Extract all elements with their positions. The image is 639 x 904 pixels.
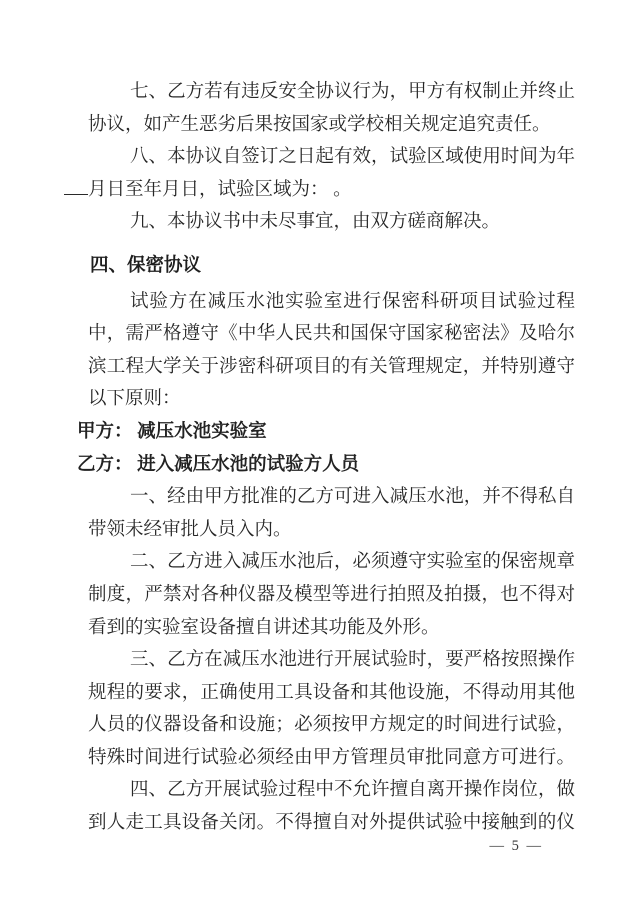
paragraph: 九、本协议书中未尽事宜，由双方磋商解决。 <box>88 206 575 239</box>
paragraph: 七、乙方若有违反安全协议行为，甲方有权制止并终止协议，如产生恶劣后果按国家或学校… <box>88 76 575 141</box>
text-line: 甲方： 减压水池实验室 <box>77 416 575 449</box>
blank-underline <box>64 194 88 195</box>
text-line: 中，需严格遵守《中华人民共和国保守国家秘密法》及哈尔 <box>88 318 575 351</box>
text-line: 九、本协议书中未尽事宜，由双方磋商解决。 <box>88 206 575 239</box>
party-lines: 甲方： 减压水池实验室乙方： 进入减压水池的试验方人员 <box>77 416 575 481</box>
text-line: 乙方： 进入减压水池的试验方人员 <box>77 449 575 482</box>
text-line: 看到的实验室设备擅自讲述其功能及外形。 <box>88 612 575 645</box>
text-line: 七、乙方若有违反安全协议行为，甲方有权制止并终止 <box>88 76 575 109</box>
paragraph: 八、本协议自签订之日起有效，试验区域使用时间为年月日至年月日，试验区域为： 。 <box>88 141 575 206</box>
text-line: 二、乙方进入减压水池后，必须遵守实验室的保密规章 <box>88 546 575 579</box>
text-line: 制度，严禁对各种仪器及模型等进行拍照及拍摄，也不得对 <box>88 579 575 612</box>
text-line: 规程的要求，正确使用工具设备和其他设施，不得动用其他 <box>88 677 575 710</box>
paragraph: 一、经由甲方批准的乙方可进入减压水池，并不得私自带领未经审批人员入内。 <box>88 481 575 546</box>
text-line: 带领未经审批人员入内。 <box>88 514 575 547</box>
page-number: — 5 — <box>490 838 544 855</box>
paragraph: 二、乙方进入减压水池后，必须遵守实验室的保密规章制度，严禁对各种仪器及模型等进行… <box>88 546 575 644</box>
text-line: 到人走工具设备关闭。不得擅自对外提供试验中接触到的仪 <box>88 807 575 840</box>
text-line: 协议，如产生恶劣后果按国家或学校相关规定追究责任。 <box>88 109 575 142</box>
paragraph: 三、乙方在减压水池进行开展试验时，要严格按照操作规程的要求，正确使用工具设备和其… <box>88 644 575 774</box>
section-heading: 四、保密协议 <box>90 250 575 283</box>
text-line: 四、乙方开展试验过程中不允许擅自离开操作岗位，做 <box>88 774 575 807</box>
paragraph: 试验方在减压水池实验室进行保密科研项目试验过程中，需严格遵守《中华人民共和国保守… <box>88 286 575 416</box>
text-line: 滨工程大学关于涉密科研项目的有关管理规定，并特别遵守 <box>88 351 575 384</box>
text-line: 一、经由甲方批准的乙方可进入减压水池，并不得私自 <box>88 481 575 514</box>
text-line: 三、乙方在减压水池进行开展试验时，要严格按照操作 <box>88 644 575 677</box>
text-line: 四、保密协议 <box>90 250 575 283</box>
text-line: 试验方在减压水池实验室进行保密科研项目试验过程 <box>88 286 575 319</box>
paragraph: 四、乙方开展试验过程中不允许擅自离开操作岗位，做到人走工具设备关闭。不得擅自对外… <box>88 774 575 839</box>
text-line: 八、本协议自签订之日起有效，试验区域使用时间为年 <box>88 141 575 174</box>
document-body: 七、乙方若有违反安全协议行为，甲方有权制止并终止协议，如产生恶劣后果按国家或学校… <box>88 76 575 840</box>
text-line: 人员的仪器设备和设施；必须按甲方规定的时间进行试验， <box>88 709 575 742</box>
text-line: 月日至年月日，试验区域为： 。 <box>88 174 575 207</box>
text-line: 特殊时间进行试验必须经由甲方管理员审批同意方可进行。 <box>88 742 575 775</box>
text-line: 以下原则： <box>88 383 575 416</box>
